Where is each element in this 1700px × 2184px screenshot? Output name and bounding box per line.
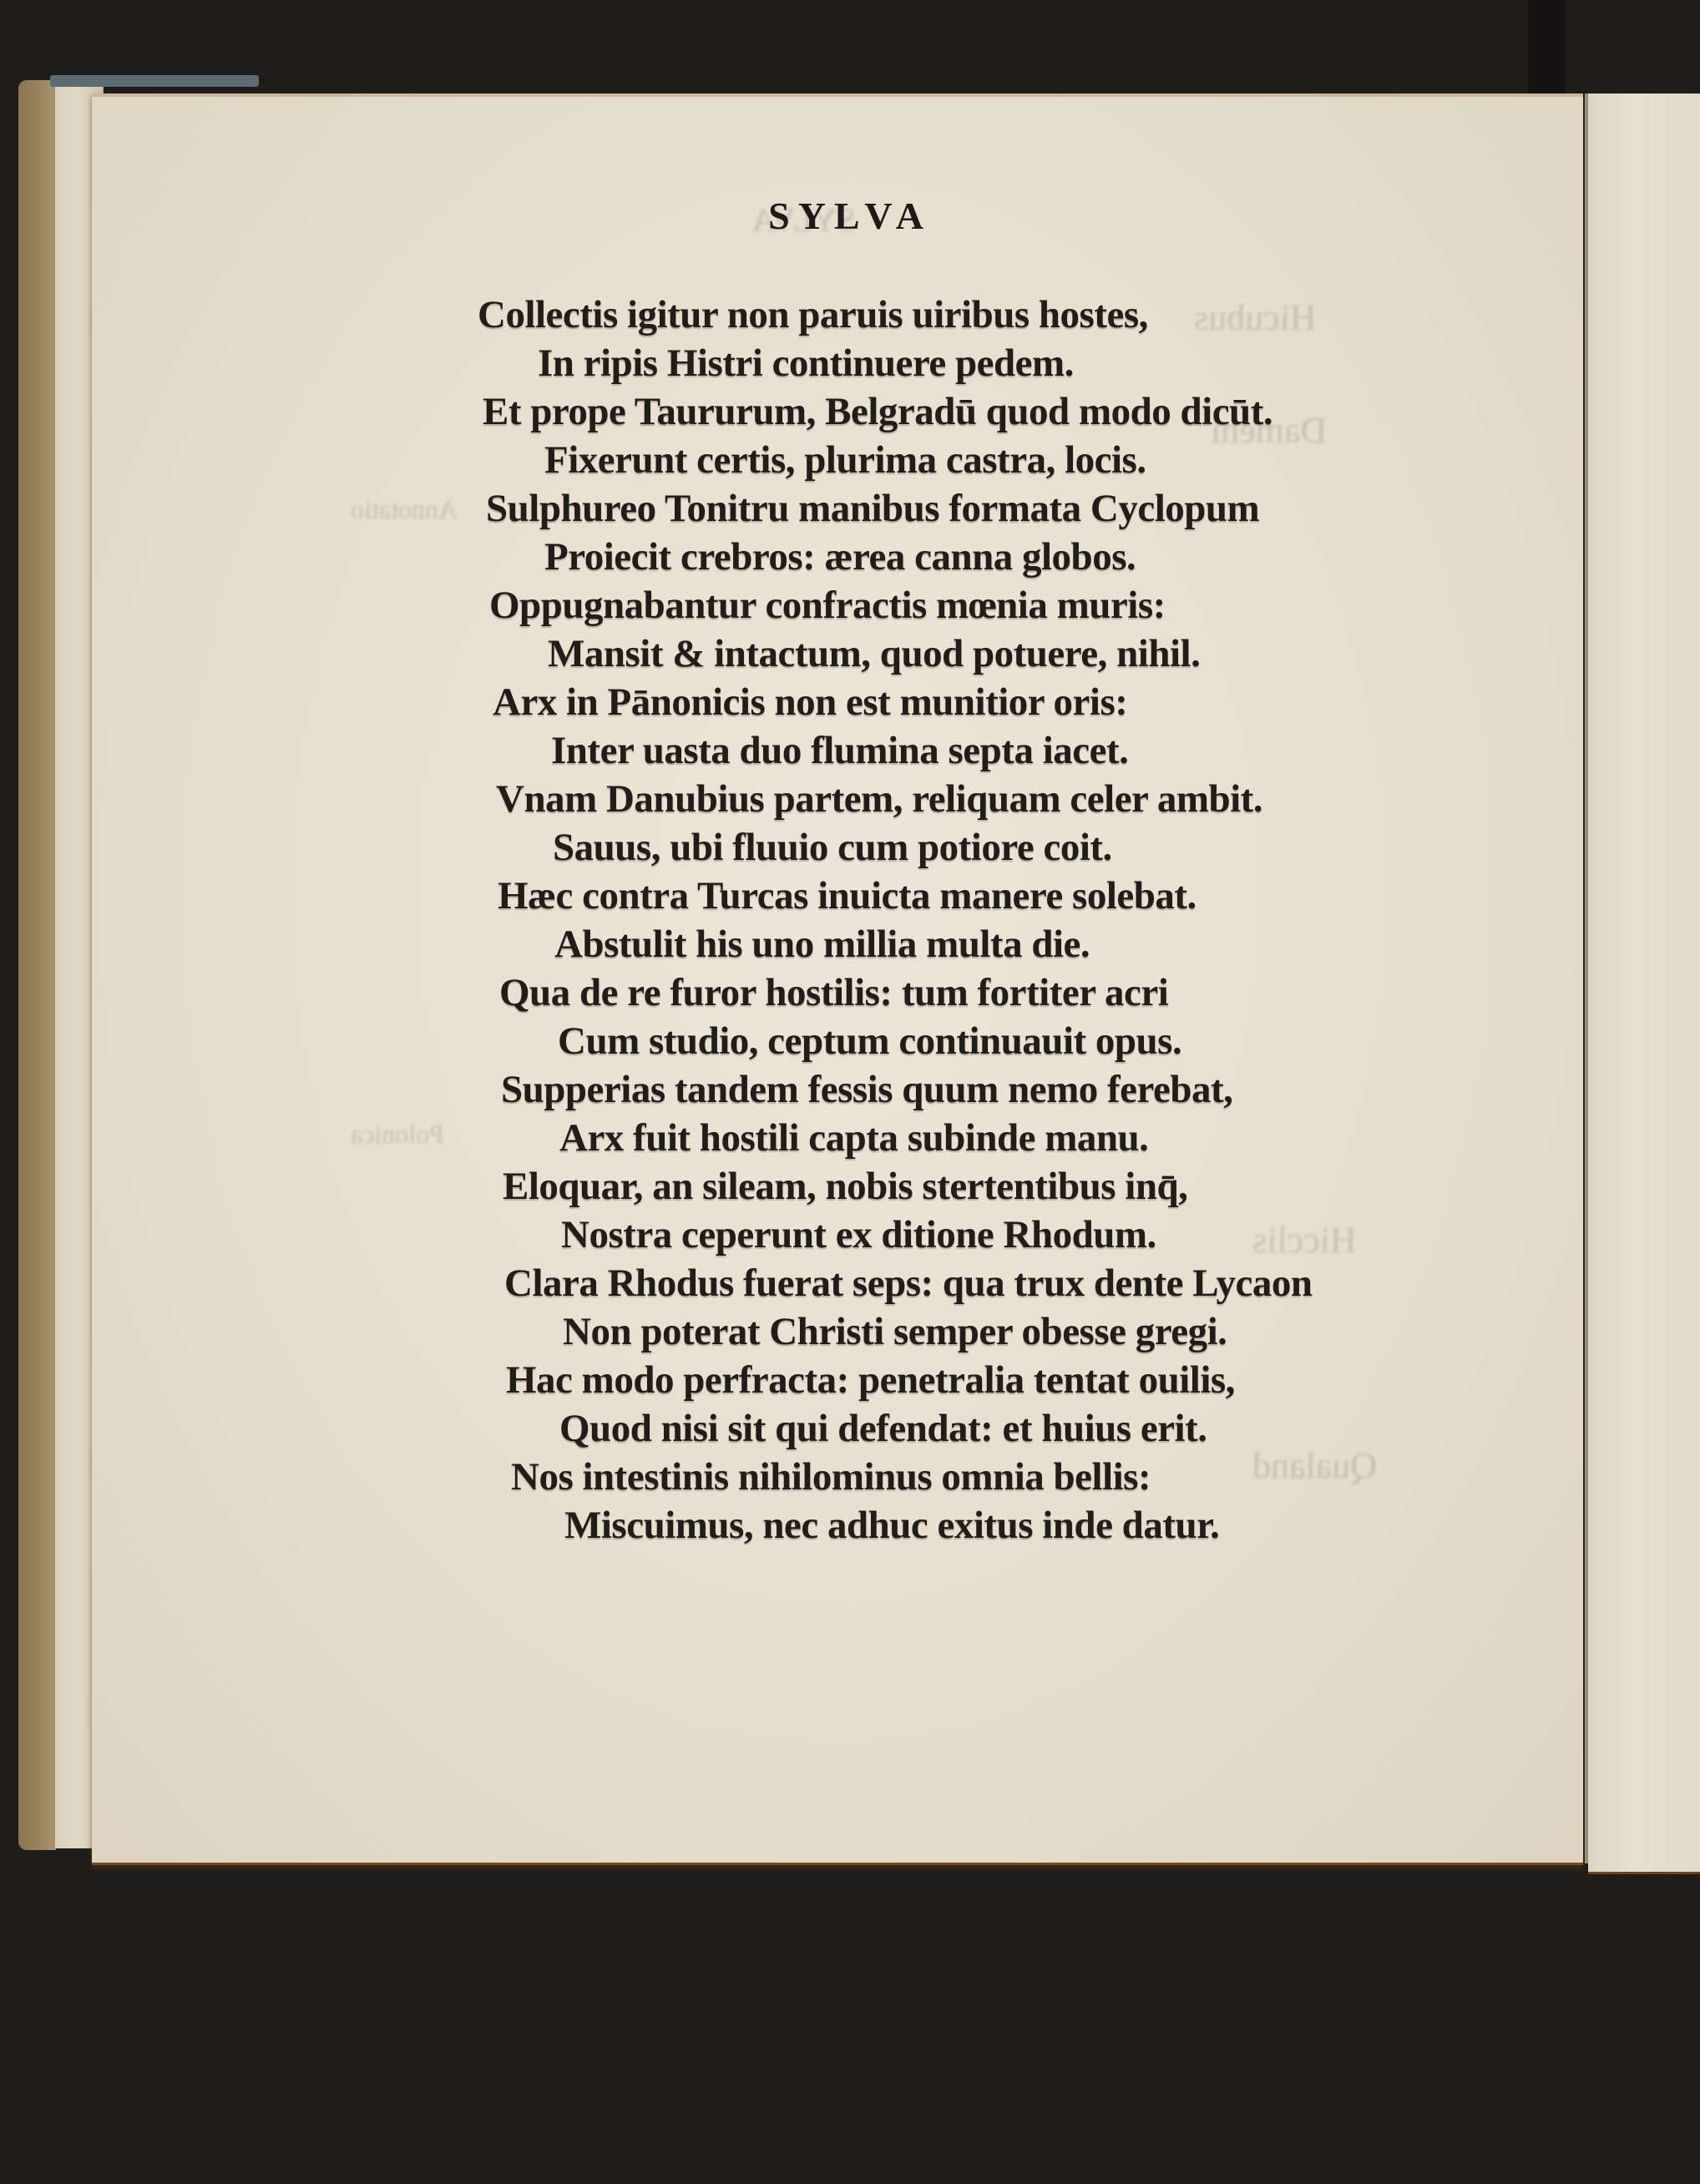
verse-line: Nostra ceperunt ex ditione Rhodum.: [561, 1212, 1156, 1257]
verse-line: Vnam Danubius partem, reliquam celer amb…: [496, 776, 1262, 822]
verse-line: Sauus, ubi fluuio cum potiore coit.: [553, 825, 1112, 870]
verse-line: Supperias tandem fessis quum nemo fereba…: [501, 1067, 1232, 1112]
verse-line: Hæc contra Turcas inuicta manere solebat…: [498, 873, 1197, 918]
verse-line: Hac modo perfracta: penetralia tentat ou…: [506, 1357, 1235, 1403]
show-through-text: Hicclis: [1252, 1219, 1357, 1261]
verse-line: Clara Rhodus fuerat seps: qua trux dente…: [504, 1261, 1313, 1306]
verse-line: Et prope Taururum, Belgradū quod modo di…: [483, 389, 1272, 434]
show-through-margin-note: Polonica: [351, 1119, 444, 1150]
show-through-text: Hicubus: [1194, 296, 1317, 339]
facing-page-edge: [1588, 94, 1700, 1874]
verse-line: Nos intestinis nihilominus omnia bellis:: [511, 1454, 1151, 1499]
show-through-margin-note: Annotatio: [351, 494, 458, 525]
book-binding-edge: [18, 80, 56, 1850]
verse-line: Arx in Pānonicis non est munitior oris:: [493, 680, 1127, 725]
verse-line: Collectis igitur non paruis uiribus host…: [478, 292, 1148, 337]
backdrop-shadow: [1528, 0, 1566, 100]
verse-line: Cum studio, ceptum continuauit opus.: [558, 1019, 1181, 1064]
verse-line: Non poterat Christi semper obesse gregi.: [563, 1309, 1227, 1354]
verse-line: In ripis Histri continuere pedem.: [538, 341, 1074, 386]
verse-line: Sulphureo Tonitru manibus formata Cyclop…: [486, 486, 1259, 531]
verse-line: Eloquar, an sileam, nobis stertentibus i…: [503, 1164, 1187, 1209]
verse-line: Inter uasta duo flumina septa iacet.: [551, 728, 1128, 773]
binding-tape: [50, 75, 259, 87]
verse-line: Abstulit his uno millia multa die.: [554, 922, 1090, 967]
verse-line: Quod nisi sit qui defendat: et huius eri…: [559, 1406, 1207, 1451]
verse-line: Mansit & intactum, quod potuere, nihil.: [548, 631, 1200, 676]
verse-line: Qua de re furor hostilis: tum fortiter a…: [499, 970, 1168, 1015]
verse-line: Arx fuit hostili capta subinde manu.: [559, 1115, 1148, 1160]
show-through-text: Qualand: [1252, 1444, 1377, 1487]
running-head: SYLVA: [0, 194, 1700, 238]
verse-line: Fixerunt certis, plurima castra, locis.: [544, 437, 1146, 483]
verse-line: Proiecit crebros: ærea canna globos.: [544, 534, 1136, 579]
verse-line: Oppugnabantur confractis mœnia muris:: [489, 583, 1166, 628]
verse-line: Miscuimus, nec adhuc exitus inde datur.: [564, 1503, 1219, 1548]
